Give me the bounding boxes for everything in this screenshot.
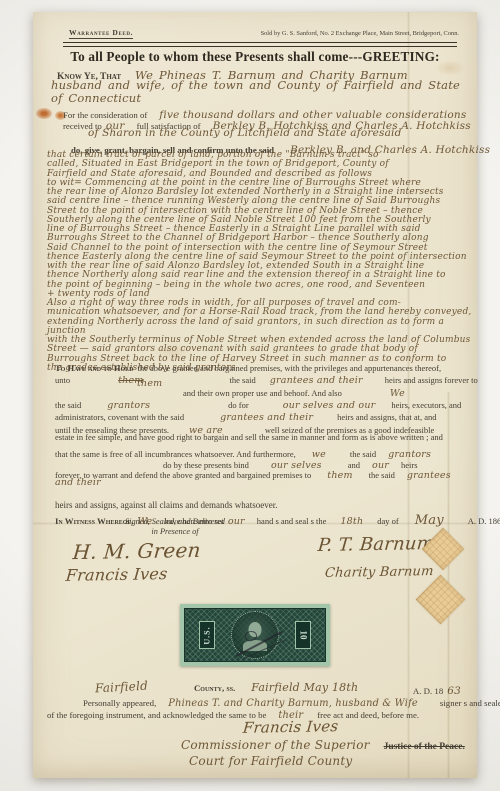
unto-printed: unto <box>55 375 70 385</box>
day-of-printed: day of <box>377 516 398 526</box>
witness-signature-1: H. M. Green <box>73 539 201 564</box>
document-title: To all People to whom these Presents sha… <box>33 49 477 65</box>
witness-signature-2: Francis Ives <box>66 565 167 585</box>
commissioner-handwritten: Commissioner of the Superior <box>181 738 370 752</box>
and-their-handwritten: and their <box>55 477 101 488</box>
month-handwritten: May <box>415 513 444 528</box>
acknowledged-printed: of the foregoing instrument, and acknowl… <box>47 710 266 720</box>
attestation-block: Signed, Sealed, and Delivered in Presenc… <box>95 517 255 537</box>
signers-sealers-printed: signer s and sealer s <box>440 698 500 708</box>
habendum-line-10: forever, to warrant and defend the above… <box>55 465 451 483</box>
ack-court-line: Court for Fairfield County <box>189 752 352 770</box>
court-county-handwritten: Court for Fairfield County <box>189 754 352 768</box>
attestation-line-2: in Presence of <box>95 527 255 537</box>
day-number-handwritten: 18th <box>340 516 363 527</box>
charity-barnum-signature: Charity Barnum <box>324 564 434 581</box>
form-type-label: Warrantee Deed. <box>69 28 133 39</box>
ack-acknowledged-line: of the foregoing instrument, and acknowl… <box>47 705 419 723</box>
double-rule <box>63 42 457 47</box>
stamp-denomination-label: 10 <box>298 631 308 640</box>
ack-officer-signature: Francis Ives <box>243 718 338 737</box>
printer-imprint: Sold by G. S. Sanford, No. 2 Exchange Pl… <box>261 30 459 37</box>
habendum-line-7: estate in fee simple, and have good righ… <box>55 432 443 442</box>
them-rewritten-handwritten: them <box>137 378 162 389</box>
ad-year-printed: A. D. 186 <box>468 516 500 526</box>
stamp-us-label: U.S. <box>203 626 212 644</box>
grantees-handwritten-3: grantees <box>407 470 451 481</box>
hm-green-signature: H. M. Green <box>72 538 202 564</box>
francis-ives-officer-signature: Francis Ives <box>242 717 339 737</box>
property-description-handwritten: that certain tract or parcel of land, po… <box>47 151 475 373</box>
county-ss-printed: County, ss. <box>194 683 235 693</box>
them-handwritten-2: them <box>327 470 352 481</box>
attestation-line-1: Signed, Sealed, and Delivered <box>95 517 255 527</box>
francis-ives-signature: Francis Ives <box>65 564 168 585</box>
deed-document: Warrantee Deed. Sold by G. S. Sanford, N… <box>33 12 477 778</box>
grantor-signature-1: P. T. Barnum <box>318 534 434 555</box>
stain <box>36 108 52 119</box>
stamp-us-panel: U.S. <box>199 621 215 649</box>
stamp-engraving: U.S. 10 <box>184 608 326 662</box>
hands-seals-printed: hand s and seal s the <box>257 516 327 526</box>
wax-seal <box>416 575 465 624</box>
photo-background: { "colors": { "photo_bg": "#f4f3ef", "pa… <box>0 0 500 791</box>
revenue-stamp: U.S. 10 <box>180 604 330 666</box>
grantee-residence-handwritten: of Sharon in the County of Litchfield an… <box>88 127 402 139</box>
justice-of-peace-struck-printed: Justice of the Peace. <box>384 742 465 752</box>
claims-demands-line: heirs and assigns, against all claims an… <box>55 500 277 510</box>
stamp-denomination-panel: 10 <box>295 621 311 649</box>
grantor-residence-handwritten: husband and wife, of the town and County… <box>51 79 460 105</box>
pt-barnum-signature: P. T. Barnum <box>317 533 435 556</box>
grantor-signature-2: Charity Barnum <box>325 564 434 580</box>
the-said-printed-4: the said <box>369 470 395 480</box>
